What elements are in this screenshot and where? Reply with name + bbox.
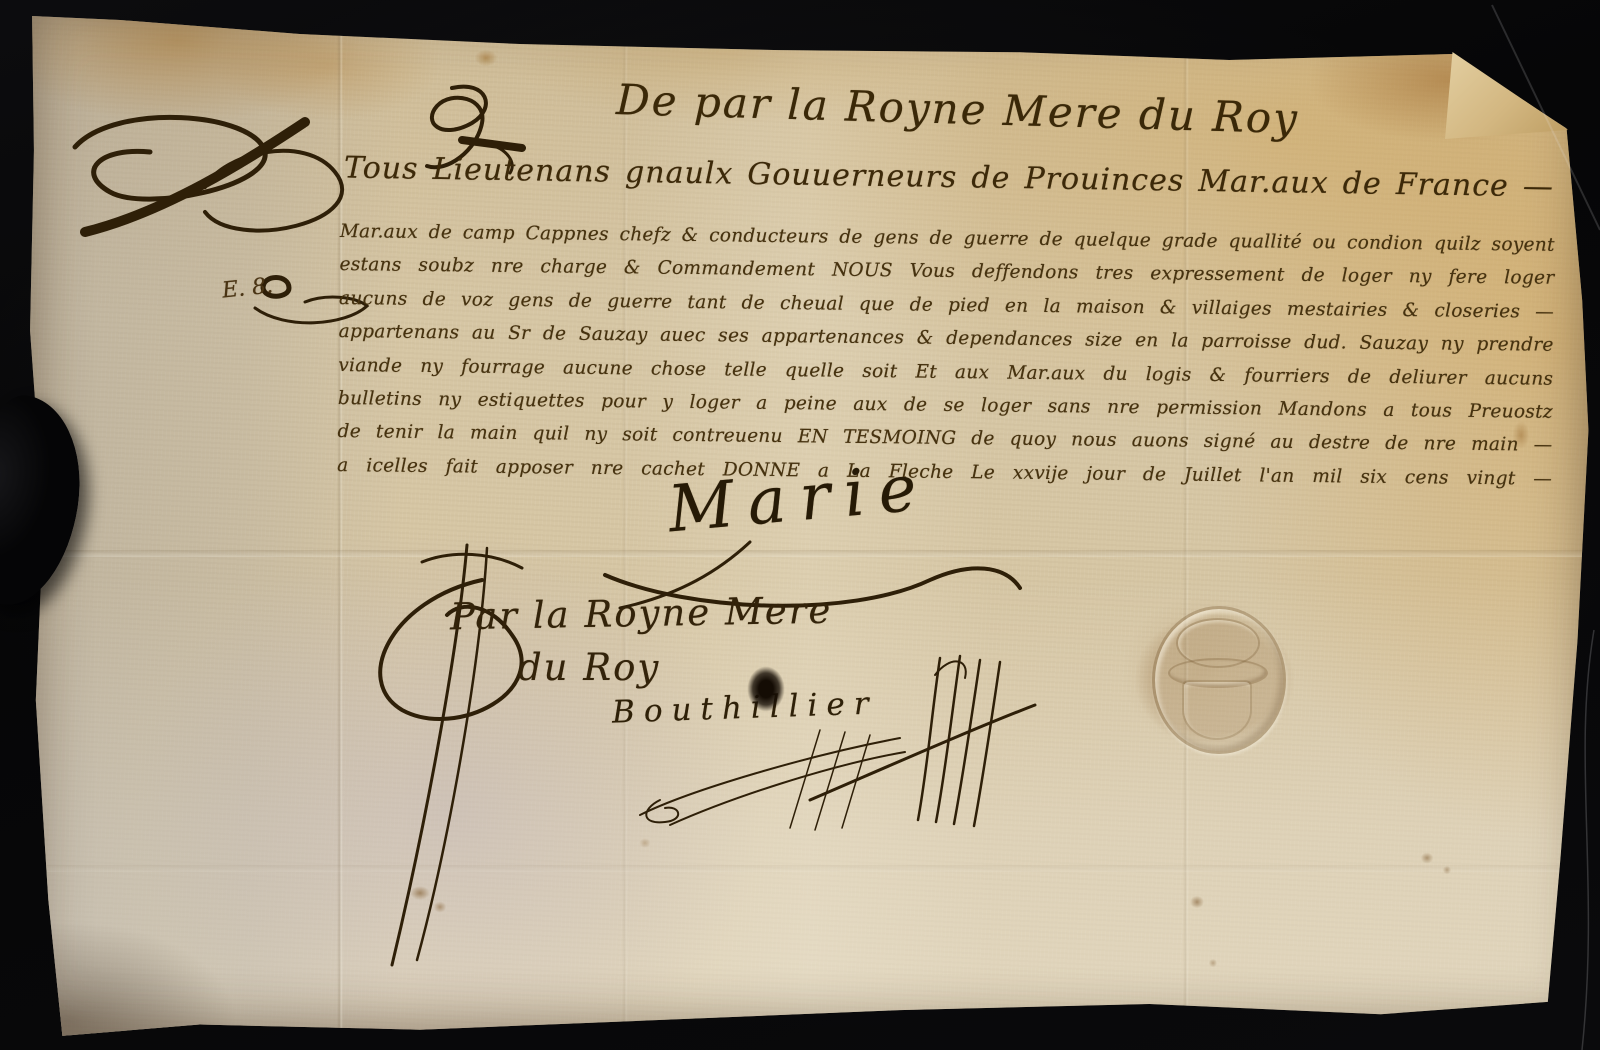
seal-shield-motif bbox=[1182, 680, 1252, 740]
folded-corner bbox=[1430, 44, 1580, 144]
body-text-block: Mar.aux de camp Cappnes chefz & conducte… bbox=[337, 221, 1555, 502]
photograph-of-manuscript: De par la Royne Mere du Roy E. 8. Tous L… bbox=[0, 0, 1600, 1050]
lower-hatch-flourish bbox=[630, 730, 910, 830]
countersign-line-2: du Roy bbox=[518, 646, 660, 689]
horizontal-fold-crease bbox=[28, 865, 1590, 872]
archival-margin-note: E. 8. bbox=[221, 273, 274, 303]
embossed-wax-seal bbox=[1112, 592, 1317, 767]
left-margin-flourish bbox=[55, 92, 355, 262]
countersign-line-1: Par la Royne Mere bbox=[450, 589, 833, 639]
